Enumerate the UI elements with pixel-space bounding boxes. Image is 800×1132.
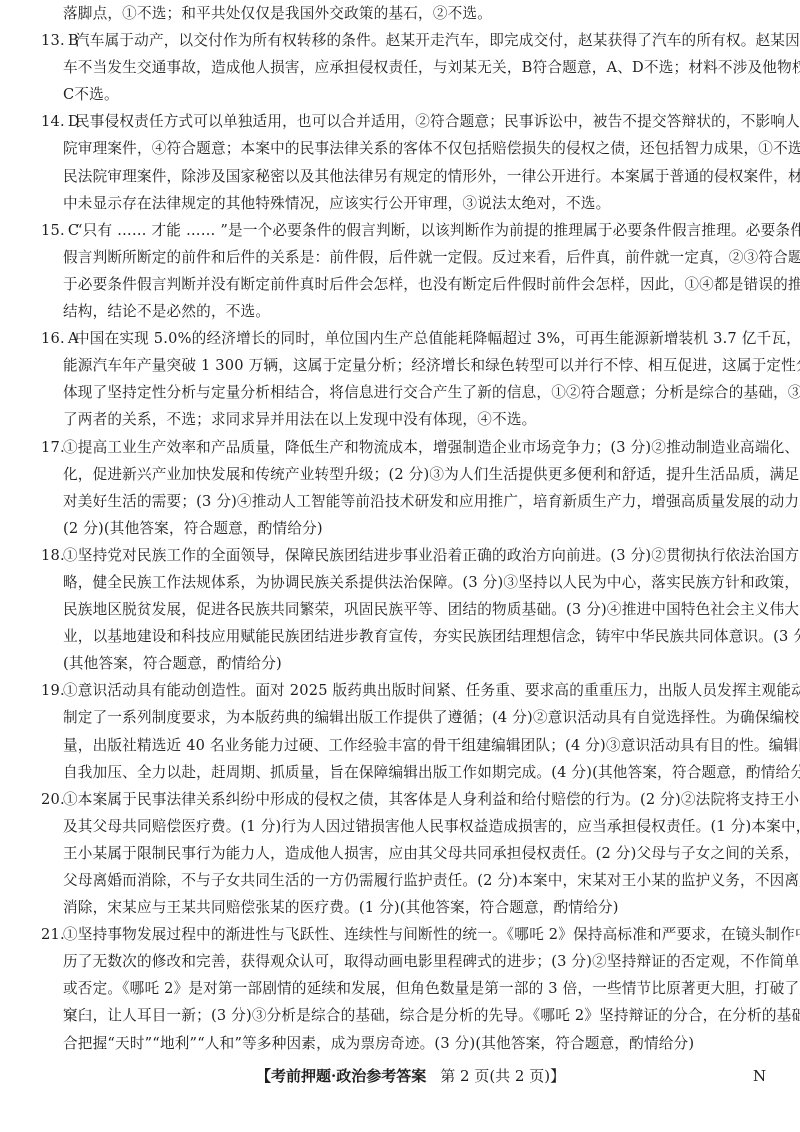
line-text: “只有 …… 才能 …… ”是一个必要条件的假言判断，以该判断作为前提的推理属于…: [75, 222, 800, 239]
text-line: 于必要条件假言判断并没有断定前件真时后件会怎样，也没有断定后件假时前件会怎样，因…: [0, 271, 762, 298]
text-line: 落脚点，①不选；和平共处仅仅是我国外交政策的基石，②不选。: [0, 0, 762, 27]
text-line: 17.①提高工业生产效率和产品质量，降低生产和物流成本，增强制造企业市场竞争力；…: [0, 434, 762, 461]
text-line: 车不当发生交通事故，造成他人损害，应承担侵权责任，与刘某无关，B符合题意，A、D…: [0, 54, 762, 81]
text-line: 13.B汽车属于动产，以交付作为所有权转移的条件。赵某开走汽车，即完成交付，赵某…: [0, 27, 762, 54]
line-text: 了两者的关系，不选；求同求异并用法在以上发现中没有体现，④不选。: [63, 411, 536, 428]
text-line: 民族地区脱贫发展，促进各民族共同繁荣，巩固民族平等、团结的物质基础。(3 分)④…: [0, 596, 762, 623]
line-text: 汽车属于动产，以交付作为所有权转移的条件。赵某开走汽车，即完成交付，赵某获得了汽…: [75, 32, 800, 49]
answer-item: 15.C“只有 …… 才能 …… ”是一个必要条件的假言判断，以该判断作为前提的…: [0, 217, 800, 325]
question-number-text: 17.: [41, 439, 65, 456]
line-text: ①提高工业生产效率和产品质量，降低生产和物流成本，增强制造企业市场竞争力；(3 …: [63, 439, 800, 456]
line-text: 或否定。《哪吒 2》是对第一部剧情的延续和发展，但角色数量是第一部的 3 倍，一…: [63, 980, 800, 997]
text-line: 历了无数次的修改和完善，获得观众认可，取得动画电影里程碑式的进步；(3 分)②坚…: [0, 948, 762, 975]
text-line: 略，健全民族工作法规体系，为协调民族关系提供法治保障。(3 分)③坚持以人民为中…: [0, 569, 762, 596]
line-text: 车不当发生交通事故，造成他人损害，应承担侵权责任，与刘某无关，B符合题意，A、D…: [63, 59, 800, 76]
text-line: 王小某属于限制民事行为能力人，造成他人损害，应由其父母共同承担侵权责任。(2 分…: [0, 840, 762, 867]
line-text: ①坚持事物发展过程中的渐进性与飞跃性、连续性与间断性的统一。《哪吒 2》保持高标…: [63, 926, 800, 943]
line-text: 及其父母共同赔偿医疗费。(1 分)行为人因过错损害他人民事权益造成损害的，应当承…: [63, 818, 800, 835]
question-number-text: 20.: [41, 791, 65, 808]
text-line: 中未显示存在法律规定的其他特殊情况，应该实行公开审理，③说法太绝对，不选。: [0, 190, 762, 217]
line-text: (2 分)(其他答案，符合题意，酌情给分): [63, 520, 323, 537]
line-text: 院审理案件，④符合题意；本案中的民事法律关系的客体不仅包括赔偿损失的侵权之债，还…: [63, 140, 800, 157]
line-text: 业，以基地建设和科技应用赋能民族团结进步教育宣传，夯实民族团结理想信念，铸牢中华…: [63, 628, 800, 645]
question-number: 19.: [41, 677, 65, 704]
text-line: 民法院审理案件，除涉及国家秘密以及其他法律另有规定的情形外，一律公开进行。本案属…: [0, 163, 762, 190]
answer-item: 14.D民事侵权责任方式可以单独适用，也可以合并适用，②符合题意；民事诉讼中，被…: [0, 108, 800, 216]
text-line: 或否定。《哪吒 2》是对第一部剧情的延续和发展，但角色数量是第一部的 3 倍，一…: [0, 975, 762, 1002]
footer-title: 【考前押题·政治参考答案: [256, 1067, 426, 1085]
question-number: 18.: [41, 542, 65, 569]
text-line: C不选。: [0, 81, 762, 108]
question-number: 15.C: [41, 217, 79, 244]
line-text: 假言判断所断定的前件和后件的关系是：前件假，后件就一定假。反过来看，后件真，前件…: [63, 249, 800, 266]
text-line: (其他答案，符合题意，酌情给分): [0, 650, 762, 677]
question-number-text: 16.: [41, 330, 65, 347]
answer-choice: C: [68, 222, 79, 239]
answer-choice: D: [68, 113, 80, 130]
text-line: 14.D民事侵权责任方式可以单独适用，也可以合并适用，②符合题意；民事诉讼中，被…: [0, 108, 762, 135]
text-line: 化，促进新兴产业加快发展和传统产业转型升级；(2 分)③为人们生活提供更多便利和…: [0, 461, 762, 488]
question-number-text: 14.: [41, 113, 65, 130]
answer-item: 16.A中国在实现 5.0%的经济增长的同时，单位国内生产总值能耗降幅超过 3%…: [0, 325, 800, 433]
text-line: 消除，宋某应与王某共同赔偿张某的医疗费。(1 分)(其他答案，符合题意，酌情给分…: [0, 894, 762, 921]
footer-version-mark: N: [753, 1062, 766, 1090]
question-number: 14.D: [41, 108, 80, 135]
line-text: 中国在实现 5.0%的经济增长的同时，单位国内生产总值能耗降幅超过 3%，可再生…: [75, 330, 800, 347]
page-footer: 【考前押题·政治参考答案第 2 页(共 2 页)】 N: [0, 1062, 800, 1090]
line-text: 体现了坚持定性分析与定量分析相结合，将信息进行交合产生了新的信息，①②符合题意；…: [63, 384, 800, 401]
footer-page-info: 第 2 页(共 2 页)】: [440, 1067, 565, 1085]
answer-list: 落脚点，①不选；和平共处仅仅是我国外交政策的基石，②不选。13.B汽车属于动产，…: [0, 0, 800, 1057]
text-line: 量，出版社精选近 40 名业务能力过硬、工作经验丰富的骨干组建编辑团队；(4 分…: [0, 732, 762, 759]
question-number-text: 19.: [41, 682, 65, 699]
question-number: 21.: [41, 921, 65, 948]
text-line: 16.A中国在实现 5.0%的经济增长的同时，单位国内生产总值能耗降幅超过 3%…: [0, 325, 762, 352]
line-text: ①坚持党对民族工作的全面领导，保障民族团结进步事业沿着正确的政治方向前进。(3 …: [63, 547, 799, 564]
text-line: 结构，结论不是必然的，不选。: [0, 298, 762, 325]
answer-item: 17.①提高工业生产效率和产品质量，降低生产和物流成本，增强制造企业市场竞争力；…: [0, 434, 800, 542]
text-line: 窠臼，让人耳目一新；(3 分)③分析是综合的基础，综合是分析的先导。《哪吒 2》…: [0, 1002, 762, 1029]
text-line: 了两者的关系，不选；求同求异并用法在以上发现中没有体现，④不选。: [0, 406, 762, 433]
text-line: 18.①坚持党对民族工作的全面领导，保障民族团结进步事业沿着正确的政治方向前进。…: [0, 542, 762, 569]
footer-text: 【考前押题·政治参考答案第 2 页(共 2 页)】: [256, 1062, 565, 1090]
line-text: 中未显示存在法律规定的其他特殊情况，应该实行公开审理，③说法太绝对，不选。: [63, 195, 610, 212]
line-text: 落脚点，①不选；和平共处仅仅是我国外交政策的基石，②不选。: [63, 5, 492, 22]
line-text: ①意识活动具有能动创造性。面对 2025 版药典出版时间紧、任务重、要求高的重重…: [63, 682, 800, 699]
line-text: 略，健全民族工作法规体系，为协调民族关系提供法治保障。(3 分)③坚持以人民为中…: [63, 574, 800, 591]
text-line: 15.C“只有 …… 才能 …… ”是一个必要条件的假言判断，以该判断作为前提的…: [0, 217, 762, 244]
line-text: 王小某属于限制民事行为能力人，造成他人损害，应由其父母共同承担侵权责任。(2 分…: [63, 845, 800, 862]
question-number-text: 18.: [41, 547, 65, 564]
line-text: 历了无数次的修改和完善，获得观众认可，取得动画电影里程碑式的进步；(3 分)②坚…: [63, 953, 800, 970]
text-line: 19.①意识活动具有能动创造性。面对 2025 版药典出版时间紧、任务重、要求高…: [0, 677, 762, 704]
question-number-text: 13.: [41, 32, 65, 49]
text-line: 业，以基地建设和科技应用赋能民族团结进步教育宣传，夯实民族团结理想信念，铸牢中华…: [0, 623, 762, 650]
text-line: (2 分)(其他答案，符合题意，酌情给分): [0, 515, 762, 542]
text-line: 自我加压、全力以赴，赶周期、抓质量，旨在保障编辑出版工作如期完成。(4 分)(其…: [0, 759, 762, 786]
line-text: 量，出版社精选近 40 名业务能力过硬、工作经验丰富的骨干组建编辑团队；(4 分…: [63, 737, 800, 754]
question-number-text: 15.: [41, 222, 65, 239]
line-text: 制定了一系列制度要求，为本版药典的编辑出版工作提供了遵循；(4 分)②意识活动具…: [63, 709, 800, 726]
line-text: (其他答案，符合题意，酌情给分): [63, 655, 282, 672]
answer-choice: A: [68, 330, 79, 347]
line-text: 结构，结论不是必然的，不选。: [63, 303, 270, 320]
line-text: 消除，宋某应与王某共同赔偿张某的医疗费。(1 分)(其他答案，符合题意，酌情给分…: [63, 899, 619, 916]
text-line: 及其父母共同赔偿医疗费。(1 分)行为人因过错损害他人民事权益造成损害的，应当承…: [0, 813, 762, 840]
answer-item: 18.①坚持党对民族工作的全面领导，保障民族团结进步事业沿着正确的政治方向前进。…: [0, 542, 800, 677]
line-text: ①本案属于民事法律关系纠纷中形成的侵权之债，其客体是人身利益和给付赔偿的行为。(…: [63, 791, 800, 808]
text-line: 制定了一系列制度要求，为本版药典的编辑出版工作提供了遵循；(4 分)②意识活动具…: [0, 704, 762, 731]
text-line: 能源汽车年产量突破 1 300 万辆，这属于定量分析；经济增长和绿色转型可以并行…: [0, 352, 762, 379]
line-text: 自我加压、全力以赴，赶周期、抓质量，旨在保障编辑出版工作如期完成。(4 分)(其…: [63, 764, 800, 781]
question-number: 17.: [41, 434, 65, 461]
text-line: 体现了坚持定性分析与定量分析相结合，将信息进行交合产生了新的信息，①②符合题意；…: [0, 379, 762, 406]
line-text: 化，促进新兴产业加快发展和传统产业转型升级；(2 分)③为人们生活提供更多便利和…: [63, 466, 800, 483]
text-line: 父母离婚而消除，不与子女共同生活的一方仍需履行监护责任。(2 分)本案中，宋某对…: [0, 867, 762, 894]
line-text: 合把握“天时”“地利”“人和”等多种因素，成为票房奇迹。(3 分)(其他答案，符…: [63, 1035, 694, 1052]
line-text: 能源汽车年产量突破 1 300 万辆，这属于定量分析；经济增长和绿色转型可以并行…: [63, 357, 800, 374]
line-text: 民事侵权责任方式可以单独适用，也可以合并适用，②符合题意；民事诉讼中，被告不提交…: [75, 113, 800, 130]
answer-choice: B: [68, 32, 79, 49]
text-line: 院审理案件，④符合题意；本案中的民事法律关系的客体不仅包括赔偿损失的侵权之债，还…: [0, 135, 762, 162]
text-line: 假言判断所断定的前件和后件的关系是：前件假，后件就一定假。反过来看，后件真，前件…: [0, 244, 762, 271]
line-text: 民族地区脱贫发展，促进各民族共同繁荣，巩固民族平等、团结的物质基础。(3 分)④…: [63, 601, 800, 618]
question-number-text: 21.: [41, 926, 65, 943]
question-number: 13.B: [41, 27, 79, 54]
text-line: 对美好生活的需要；(3 分)④推动人工智能等前沿技术研发和应用推广，培育新质生产…: [0, 488, 762, 515]
question-number: 20.: [41, 786, 65, 813]
line-text: 窠臼，让人耳目一新；(3 分)③分析是综合的基础，综合是分析的先导。《哪吒 2》…: [63, 1007, 800, 1024]
answer-item: 20.①本案属于民事法律关系纠纷中形成的侵权之债，其客体是人身利益和给付赔偿的行…: [0, 786, 800, 921]
line-text: 民法院审理案件，除涉及国家秘密以及其他法律另有规定的情形外，一律公开进行。本案属…: [63, 168, 800, 185]
text-line: 21.①坚持事物发展过程中的渐进性与飞跃性、连续性与间断性的统一。《哪吒 2》保…: [0, 921, 762, 948]
answer-item: 19.①意识活动具有能动创造性。面对 2025 版药典出版时间紧、任务重、要求高…: [0, 677, 800, 785]
answer-item: 21.①坚持事物发展过程中的渐进性与飞跃性、连续性与间断性的统一。《哪吒 2》保…: [0, 921, 800, 1056]
text-line: 合把握“天时”“地利”“人和”等多种因素，成为票房奇迹。(3 分)(其他答案，符…: [0, 1030, 762, 1057]
document-page: 落脚点，①不选；和平共处仅仅是我国外交政策的基石，②不选。13.B汽车属于动产，…: [0, 0, 800, 1132]
line-text: C不选。: [63, 86, 119, 103]
line-text: 对美好生活的需要；(3 分)④推动人工智能等前沿技术研发和应用推广，培育新质生产…: [63, 493, 800, 510]
line-text: 父母离婚而消除，不与子女共同生活的一方仍需履行监护责任。(2 分)本案中，宋某对…: [63, 872, 800, 889]
answer-item: 13.B汽车属于动产，以交付作为所有权转移的条件。赵某开走汽车，即完成交付，赵某…: [0, 27, 800, 108]
line-text: 于必要条件假言判断并没有断定前件真时后件会怎样，也没有断定后件假时前件会怎样，因…: [63, 276, 800, 293]
answer-continuation: 落脚点，①不选；和平共处仅仅是我国外交政策的基石，②不选。: [0, 0, 800, 27]
text-line: 20.①本案属于民事法律关系纠纷中形成的侵权之债，其客体是人身利益和给付赔偿的行…: [0, 786, 762, 813]
question-number: 16.A: [41, 325, 79, 352]
